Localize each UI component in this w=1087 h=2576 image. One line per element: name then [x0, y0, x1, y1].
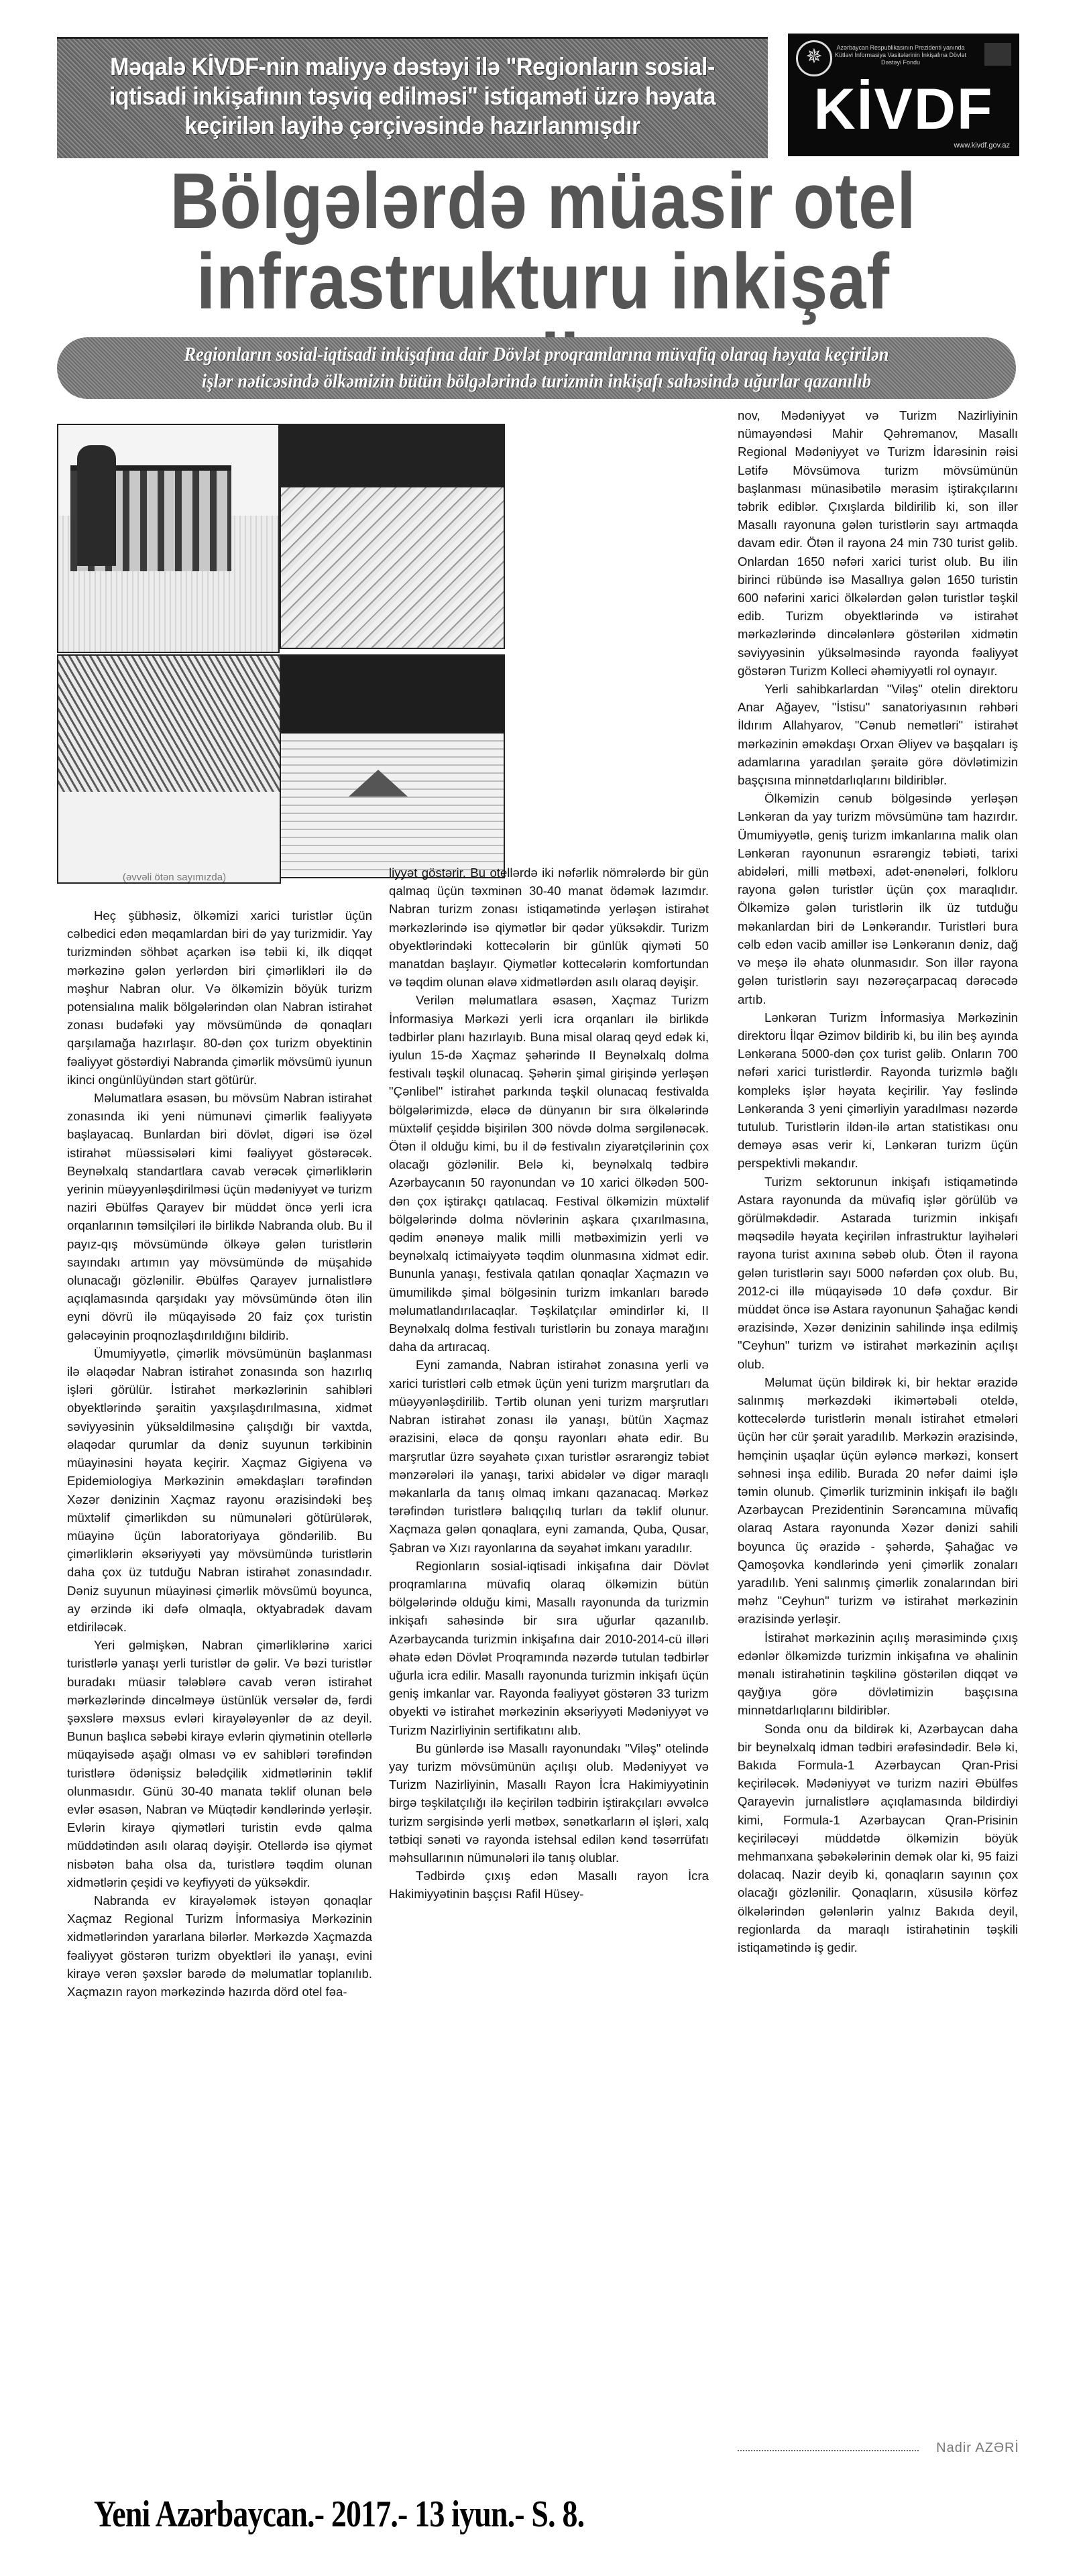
paragraph: Məlumat üçün bildirək ki, bir hektar əra…	[738, 1373, 1018, 1629]
paragraph: Regionların sosial-iqtisadi inkişafına d…	[389, 1557, 709, 1739]
source-citation: Yeni Azərbaycan.- 2017.- 13 iyun.- S. 8.	[94, 2493, 584, 2536]
logo-org-name: Azərbaycan Respublikasının Prezidenti ya…	[834, 44, 968, 66]
tower-shape	[77, 445, 116, 566]
paragraph: Məlumatlara əsasən, bu mövsüm Nabran ist…	[67, 1089, 372, 1344]
azerbaijan-emblem-icon	[796, 40, 832, 76]
kivdf-logo: Azərbaycan Respublikasının Prezidenti ya…	[788, 34, 1019, 156]
paragraph: İstirahət mərkəzinin açılış mərasimində …	[738, 1629, 1018, 1720]
paragraph: Eyni zamanda, Nabran istirahət zonasına …	[389, 1356, 709, 1556]
kicker-text: Məqalə KİVDF-nin maliyyə dəstəyi ilə "Re…	[85, 52, 739, 141]
column-2: liyyət göstərir. Bu otellərdə iki nəfərl…	[389, 864, 709, 1904]
paragraph: liyyət göstərir. Bu otellərdə iki nəfərl…	[389, 864, 709, 991]
flag-icon	[984, 43, 1011, 66]
paragraph: Lənkəran Turizm İnformasiya Mərkəzinin d…	[738, 1008, 1018, 1173]
column-3: nov, Mədəniyyət və Turizm Nazirliyinin n…	[738, 406, 1018, 1956]
logo-name: KİVDF	[788, 80, 1019, 138]
author-name: Nadir AZƏRİ	[936, 2441, 1019, 2456]
photo-resort-pool	[280, 654, 505, 878]
subtitle-line-2: işlər nəticəsində ölkəmizin bütün bölgəl…	[132, 368, 941, 395]
kicker-banner: Məqalə KİVDF-nin maliyyə dəstəyi ilə "Re…	[57, 37, 768, 158]
photo-resort-grounds	[280, 424, 505, 649]
photo-caption: (əvvəli ötən sayımızda)	[87, 872, 262, 883]
headline-line-1: Bölgələrdə müasir otel	[128, 161, 958, 241]
paragraph: Verilən məlumatlara əsasən, Xaçmaz Turiz…	[389, 991, 709, 1356]
byline-rule	[738, 2450, 919, 2451]
paragraph: nov, Mədəniyyət və Turizm Nazirliyinin n…	[738, 406, 1018, 680]
paragraph: Sonda onu da bildirək ki, Azərbaycan dah…	[738, 1720, 1018, 1957]
subtitle-banner: Regionların sosial-iqtisadi inkişafına d…	[57, 337, 1016, 399]
paragraph: Nabranda ev kirayələmək istəyən qonaqlar…	[67, 1891, 372, 2001]
paragraph: Bu günlərdə isə Masallı rayonundakı "Vil…	[389, 1739, 709, 1867]
paragraph: Heç şübhəsiz, ölkəmizi xarici turistlər …	[67, 906, 372, 1089]
column-1: Heç şübhəsiz, ölkəmizi xarici turistlər …	[67, 906, 372, 2001]
photo-hotel-building	[57, 424, 280, 653]
paragraph: Tədbirdə çıxış edən Masallı rayon İcra H…	[389, 1867, 709, 1903]
photo-garden-statue	[57, 654, 281, 884]
subtitle-line-1: Regionların sosial-iqtisadi inkişafına d…	[132, 341, 941, 368]
subtitle-text: Regionların sosial-iqtisadi inkişafına d…	[132, 341, 941, 395]
paragraph: Yeri gəlmişkən, Nabran çimərliklərinə xa…	[67, 1636, 372, 1891]
paragraph: Ümumiyyətlə, çimərlik mövsümünün başlanm…	[67, 1344, 372, 1636]
logo-url: www.kivdf.gov.az	[954, 141, 1010, 150]
paragraph: Yerli sahibkarlardan "Viləş" otelin dire…	[738, 680, 1018, 789]
paragraph: Turizm sektorunun inkişafı istiqamətində…	[738, 1173, 1018, 1373]
paragraph: Ölkəmizin cənub bölgəsində yerləşən Lənk…	[738, 789, 1018, 1008]
byline: Nadir AZƏRİ	[738, 2441, 1019, 2461]
